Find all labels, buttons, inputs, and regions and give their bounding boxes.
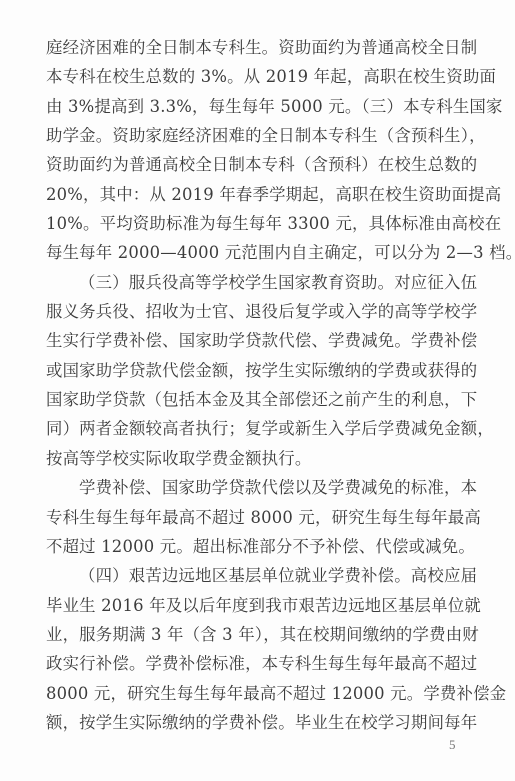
text-line: 资助面约为普通高校全日制本专科（含预科）在校生总数的: [46, 150, 464, 179]
text-line: 生实行学费补偿、国家助学贷款代偿、学费减免。学费补偿: [46, 326, 464, 355]
text-line: 毕业生 2016 年及以后年度到我市艰苦边远地区基层单位就: [46, 591, 464, 620]
text-line: 同）两者金额较高者执行；复学或新生入学后学费减免金额，: [46, 414, 464, 443]
text-line: （三）服兵役高等学校学生国家教育资助。对应征入伍: [46, 268, 464, 297]
text-line: 国家助学贷款（包括本金及其全部偿还之前产生的利息，下: [46, 385, 464, 414]
text-line: 学费补偿、国家助学贷款代偿以及学费减免的标准，本: [46, 473, 464, 502]
text-line: 8000 元，研究生每生每年最高不超过 12000 元。学费补偿金: [46, 679, 464, 708]
text-line: 政实行补偿。学费补偿标准，本专科生每生每年最高不超过: [46, 649, 464, 678]
text-line: 助学金。资助家庭经济困难的全日制本专科生（含预科生），: [46, 121, 464, 150]
text-line: 每生每年 2000—4000 元范围内自主确定，可以分为 2—3 档。: [46, 238, 464, 267]
document-page: 庭经济困难的全日制本专科生。资助面约为普通高校全日制本专科在校生总数的 3%。从…: [0, 0, 515, 781]
text-line: 20%，其中：从 2019 年春季学期起，高职在校生资助面提高: [46, 180, 464, 209]
text-line: 服义务兵役、招收为士官、退役后复学或入学的高等学校学: [46, 297, 464, 326]
body-text: 庭经济困难的全日制本专科生。资助面约为普通高校全日制本专科在校生总数的 3%。从…: [46, 33, 464, 737]
text-line: 10%。平均资助标准为每生每年 3300 元，具体标准由高校在: [46, 209, 464, 238]
text-line: 按高等学校实际收取学费金额执行。: [46, 444, 464, 473]
text-line: 本专科在校生总数的 3%。从 2019 年起，高职在校生资助面: [46, 62, 464, 91]
text-line: 额，按学生实际缴纳的学费补偿。毕业生在校学习期间每年: [46, 708, 464, 737]
text-line: 不超过 12000 元。超出标准部分不予补偿、代偿或减免。: [46, 532, 464, 561]
text-line: 业，服务期满 3 年（含 3 年），其在校期间缴纳的学费由财: [46, 620, 464, 649]
text-line: 庭经济困难的全日制本专科生。资助面约为普通高校全日制: [46, 33, 464, 62]
text-line: 或国家助学贷款代偿金额，按学生实际缴纳的学费或获得的: [46, 356, 464, 385]
page-number: 5: [449, 737, 456, 753]
text-line: （四）艰苦边远地区基层单位就业学费补偿。高校应届: [46, 561, 464, 590]
text-line: 专科生每生每年最高不超过 8000 元，研究生每生每年最高: [46, 503, 464, 532]
text-line: 由 3%提高到 3.3%，每生每年 5000 元。（三）本专科生国家: [46, 92, 464, 121]
